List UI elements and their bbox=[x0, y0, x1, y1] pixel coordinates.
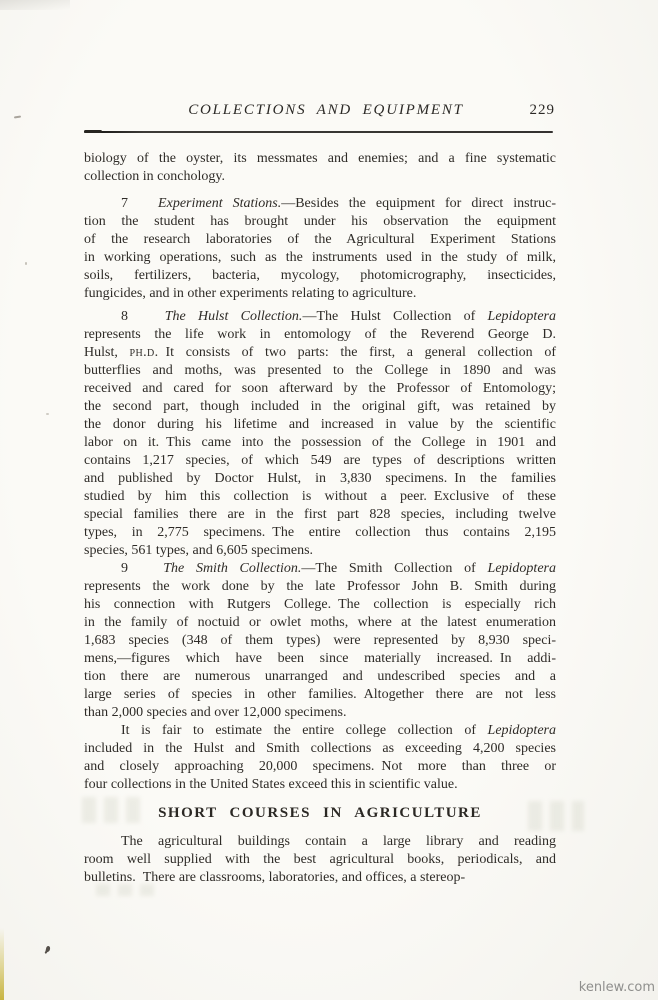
text-line: of the research laboratories of the Agri… bbox=[84, 231, 556, 249]
text-line: species, 561 types, and 6,605 specimens. bbox=[84, 542, 556, 560]
text-line: labor on it. This came into the possessi… bbox=[84, 434, 556, 452]
page-body: biology of the oyster, its messmates and… bbox=[84, 150, 556, 887]
text-line: included in the Hulst and Smith collecti… bbox=[84, 740, 556, 758]
paragraph: 7 Experiment Stations.—Besides the equip… bbox=[84, 195, 556, 303]
text-line: tion the student has brought under his o… bbox=[84, 213, 556, 231]
text-line: It is fair to estimate the entire colleg… bbox=[84, 722, 556, 740]
paragraph: 8 The Hulst Collection.—The Hulst Collec… bbox=[84, 308, 556, 560]
text-line: collection in conchology. bbox=[84, 168, 556, 186]
text-line: contains 1,217 species, of which 549 are… bbox=[84, 452, 556, 470]
paragraph: 9 The Smith Collection.—The Smith Collec… bbox=[84, 560, 556, 722]
running-head: COLLECTIONS AND EQUIPMENT 229 bbox=[84, 102, 556, 122]
text-line: and published by Doctor Hulst, in 3,830 … bbox=[84, 470, 556, 488]
text-line: represents the life work in entomology o… bbox=[84, 326, 556, 344]
text-line: butterflies and moths, was presented to … bbox=[84, 362, 556, 380]
text-line: soils, fertilizers, bacteria, mycology, … bbox=[84, 267, 556, 285]
ink-mark-artifact bbox=[45, 946, 50, 953]
scanned-book-page: COLLECTIONS AND EQUIPMENT 229 biology of… bbox=[0, 0, 658, 1000]
text-line: in the family of noctuid or owlet moths,… bbox=[84, 614, 556, 632]
section-heading: SHORT COURSES IN AGRICULTURE bbox=[84, 805, 556, 822]
header-rule bbox=[84, 131, 553, 133]
text-line: the donor during his lifetime and increa… bbox=[84, 416, 556, 434]
text-line: 1,683 species (348 of them types) were r… bbox=[84, 632, 556, 650]
page-title: COLLECTIONS AND EQUIPMENT bbox=[90, 102, 562, 119]
text-line: in working operations, such as the instr… bbox=[84, 249, 556, 267]
print-bleed-artifact bbox=[82, 797, 144, 823]
text-line: The agricultural buildings contain a lar… bbox=[84, 833, 556, 851]
text-line: mens,—figures which have been since mate… bbox=[84, 650, 556, 668]
text-line: studied by him this collection is withou… bbox=[84, 488, 556, 506]
text-line: room well supplied with the best agricul… bbox=[84, 851, 556, 869]
text-line: special families there are in the first … bbox=[84, 506, 556, 524]
text-line: represents the work done by the late Pro… bbox=[84, 578, 556, 596]
text-line: large series of species in other familie… bbox=[84, 686, 556, 704]
text-line: Hulst, ph.d. It consists of two parts: t… bbox=[84, 344, 556, 362]
watermark: kenlew.com bbox=[579, 980, 655, 995]
print-bleed-artifact bbox=[528, 801, 584, 831]
text-line: than 2,000 species and over 12,000 speci… bbox=[84, 704, 556, 722]
paragraph: biology of the oyster, its messmates and… bbox=[84, 150, 556, 186]
scan-speck-artifact bbox=[14, 116, 21, 119]
scan-speck-artifact bbox=[46, 413, 49, 415]
text-line: 8 The Hulst Collection.—The Hulst Collec… bbox=[84, 308, 556, 326]
text-line: four collections in the United States ex… bbox=[84, 776, 556, 794]
scan-shadow-artifact bbox=[0, 0, 70, 10]
text-line: and closely approaching 20,000 specimens… bbox=[84, 758, 556, 776]
page-number: 229 bbox=[530, 102, 556, 119]
scan-speck-artifact bbox=[25, 262, 27, 265]
text-line: 7 Experiment Stations.—Besides the equip… bbox=[84, 195, 556, 213]
text-line: his connection with Rutgers College. The… bbox=[84, 596, 556, 614]
text-line: fungicides, and in other experiments rel… bbox=[84, 285, 556, 303]
text-line: types, in 2,775 specimens. The entire co… bbox=[84, 524, 556, 542]
page-edge-artifact bbox=[0, 928, 4, 1000]
text-line: received and cared for soon afterward by… bbox=[84, 380, 556, 398]
text-line: tion there are numerous unarranged and u… bbox=[84, 668, 556, 686]
text-line: biology of the oyster, its messmates and… bbox=[84, 150, 556, 168]
print-bleed-artifact bbox=[96, 884, 156, 896]
paragraph: The agricultural buildings contain a lar… bbox=[84, 833, 556, 887]
text-line: the second part, though included in the … bbox=[84, 398, 556, 416]
text-line: 9 The Smith Collection.—The Smith Collec… bbox=[84, 560, 556, 578]
paragraph: It is fair to estimate the entire colleg… bbox=[84, 722, 556, 794]
